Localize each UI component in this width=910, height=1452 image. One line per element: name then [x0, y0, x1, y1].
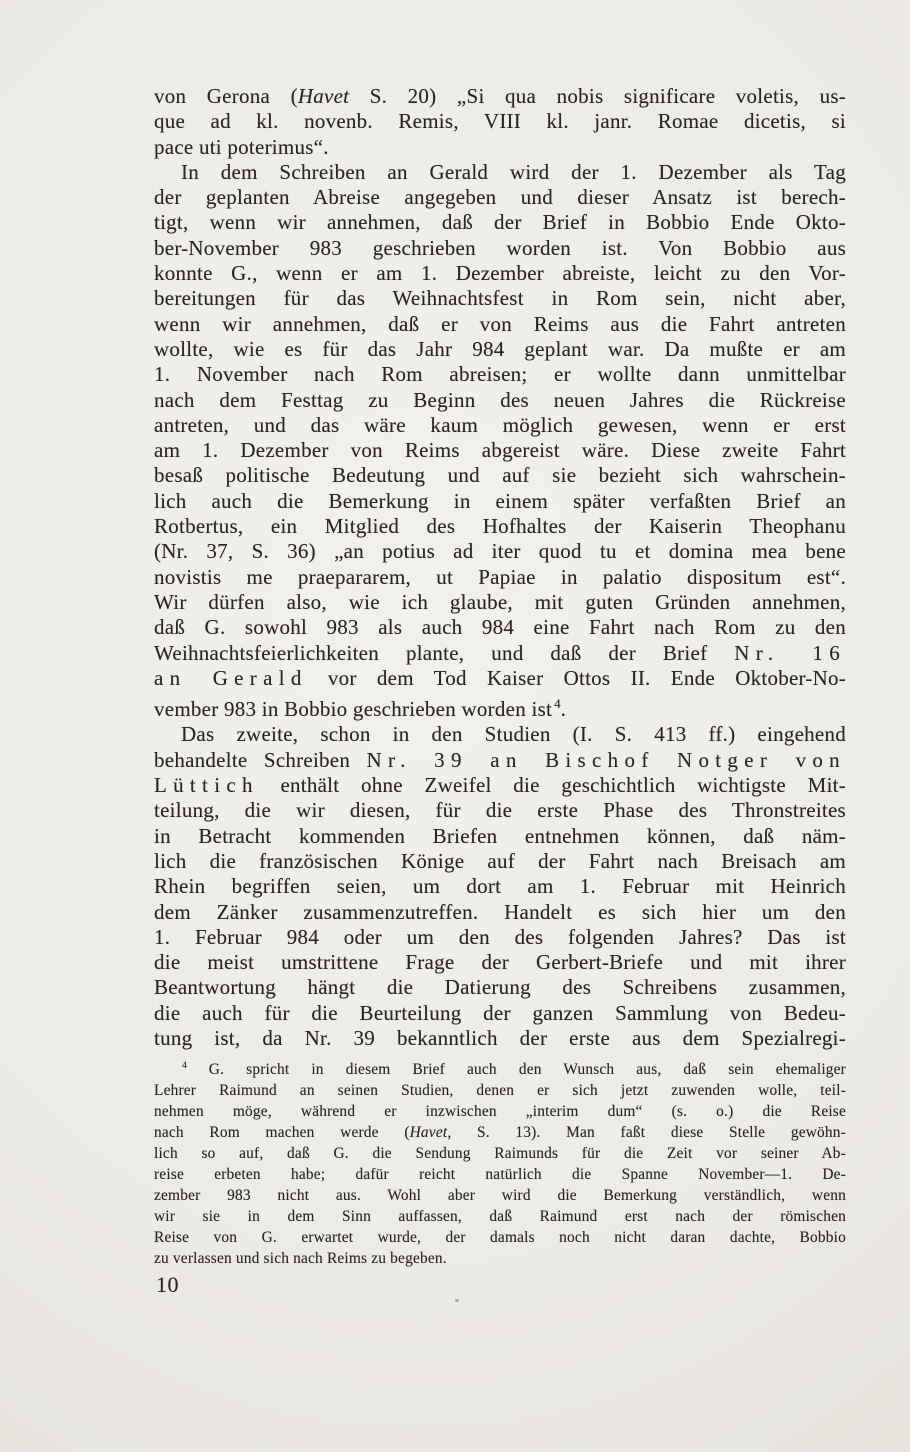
- text-segment: Rotbertus, ein Mitglied des Hofhaltes de…: [154, 514, 846, 538]
- text-segment: pace uti poterimus“.: [154, 135, 329, 159]
- text-segment: Das zweite, schon in den Studien (I. S. …: [181, 722, 846, 746]
- text-segment: die meist umstrittene Frage der Gerbert-…: [154, 950, 846, 974]
- book-page: von Gerona (Havet S. 20) „Si qua nobis s…: [0, 0, 910, 1452]
- text-segment: Wir dürfen also, wie ich glaube, mit gut…: [154, 590, 846, 614]
- text-line: teilung, die wir diesen, für die erste P…: [154, 798, 846, 823]
- text-line: Wir dürfen also, wie ich glaube, mit gut…: [154, 590, 846, 615]
- text-line: 1. Februar 984 oder um den des folgenden…: [154, 925, 846, 950]
- spaced-text: Lüttich: [154, 773, 259, 797]
- spaced-text: Nr. 39 an Bischof Notger von: [367, 748, 846, 772]
- text-segment: In dem Schreiben an Gerald wird der 1. D…: [181, 160, 846, 184]
- text-line: die meist umstrittene Frage der Gerbert-…: [154, 950, 846, 975]
- text-line: von Gerona (Havet S. 20) „Si qua nobis s…: [154, 84, 846, 109]
- text-segment: tung ist, da Nr. 39 bekanntlich der erst…: [154, 1026, 846, 1050]
- text-segment: dem Zänker zusammenzutreffen. Handelt es…: [154, 900, 846, 924]
- footnote: 4 G. spricht in diesem Brief auch den Wu…: [154, 1055, 846, 1269]
- text-segment: Rhein begriffen seien, um dort am 1. Feb…: [154, 874, 846, 898]
- italic-text: Havet: [298, 84, 349, 108]
- text-segment: Reise von G. erwartet wurde, der damals …: [154, 1229, 846, 1246]
- text-segment: lich auch die Bemerkung in einem später …: [154, 489, 846, 513]
- text-segment: nach dem Festtag zu Beginn des neuen Jah…: [154, 388, 846, 412]
- text-segment: 1. Februar 984 oder um den des folgenden…: [154, 925, 846, 949]
- spaced-text: an Gerald: [154, 666, 308, 690]
- text-line: pace uti poterimus“.: [154, 135, 846, 160]
- text-line: Rhein begriffen seien, um dort am 1. Feb…: [154, 874, 846, 899]
- text-segment: lich die französischen Könige auf der Fa…: [154, 849, 846, 873]
- italic-text: Havet: [410, 1124, 448, 1141]
- text-line: In dem Schreiben an Gerald wird der 1. D…: [154, 160, 846, 185]
- text-line: dem Zänker zusammenzutreffen. Handelt es…: [154, 900, 846, 925]
- text-line: lich die französischen Könige auf der Fa…: [154, 849, 846, 874]
- text-segment: wenn wir annehmen, daß er von Reims aus …: [154, 312, 846, 336]
- text-line: daß G. sowohl 983 als auch 984 eine Fahr…: [154, 615, 846, 640]
- text-line: antreten, und das wäre kaum möglich gewe…: [154, 413, 846, 438]
- text-segment: enthält ohne Zweifel die geschichtlich w…: [259, 773, 846, 797]
- text-segment: teilung, die wir diesen, für die erste P…: [154, 798, 846, 822]
- text-segment: reise erbeten habe; dafür reicht natürli…: [154, 1166, 846, 1183]
- text-segment: .: [561, 697, 567, 721]
- text-line: (Nr. 37, S. 36) „an potius ad iter quod …: [154, 539, 846, 564]
- text-segment: ber-November 983 geschrieben worden ist.…: [154, 236, 846, 260]
- text-line: Rotbertus, ein Mitglied des Hofhaltes de…: [154, 514, 846, 539]
- text-segment: der geplanten Abreise angegeben und dies…: [154, 185, 846, 209]
- text-segment: von Gerona (: [154, 84, 298, 108]
- text-line: Das zweite, schon in den Studien (I. S. …: [154, 722, 846, 747]
- text-line: zember 983 nicht aus. Wohl aber wird die…: [154, 1185, 846, 1206]
- text-line: nach Rom machen werde (Havet, S. 13). Ma…: [154, 1122, 846, 1143]
- text-line: lich auch die Bemerkung in einem später …: [154, 489, 846, 514]
- text-segment: (Nr. 37, S. 36) „an potius ad iter quod …: [154, 539, 846, 563]
- text-line: am 1. Dezember von Reims abgereist wäre.…: [154, 438, 846, 463]
- text-line: besaß politische Bedeutung und auf sie b…: [154, 463, 846, 488]
- text-line: que ad kl. novenb. Remis, VIII kl. janr.…: [154, 109, 846, 134]
- text-line: Lehrer Raimund an seinen Studien, denen …: [154, 1080, 846, 1101]
- text-line: Beantwortung hängt die Datierung des Sch…: [154, 975, 846, 1000]
- text-line: bereitungen für das Weihnachtsfest in Ro…: [154, 286, 846, 311]
- text-segment: wir sie in dem Sinn auffassen, daß Raimu…: [154, 1208, 846, 1225]
- text-segment: behandelte Schreiben: [154, 748, 367, 772]
- text-line: reise erbeten habe; dafür reicht natürli…: [154, 1164, 846, 1185]
- text-segment: vor dem Tod Kaiser Ottos II. Ende Oktobe…: [308, 666, 846, 690]
- text-line: vember 983 in Bobbio geschrieben worden …: [154, 691, 846, 722]
- text-segment: vember 983 in Bobbio geschrieben worden …: [154, 697, 552, 721]
- text-segment: nehmen möge, während er inzwischen „inte…: [154, 1103, 846, 1120]
- text-segment: besaß politische Bedeutung und auf sie b…: [154, 463, 846, 487]
- text-line: konnte G., wenn er am 1. Dezember abreis…: [154, 261, 846, 286]
- text-segment: lich so auf, daß G. die Sendung Raimunds…: [154, 1145, 846, 1162]
- text-line: behandelte Schreiben Nr. 39 an Bischof N…: [154, 748, 846, 773]
- text-line: Reise von G. erwartet wurde, der damals …: [154, 1227, 846, 1248]
- text-line: lich so auf, daß G. die Sendung Raimunds…: [154, 1143, 846, 1164]
- text-segment: G. spricht in diesem Brief auch den Wuns…: [187, 1061, 846, 1078]
- text-segment: Weihnachtsfeierlichkeiten plante, und da…: [154, 641, 734, 665]
- text-segment: zu verlassen und sich nach Reims zu bege…: [154, 1250, 447, 1267]
- text-line: wir sie in dem Sinn auffassen, daß Raimu…: [154, 1206, 846, 1227]
- text-line: in Betracht kommenden Briefen entnehmen …: [154, 824, 846, 849]
- text-segment: 1. November nach Rom abreisen; er wollte…: [154, 362, 846, 386]
- text-segment: antreten, und das wäre kaum möglich gewe…: [154, 413, 846, 437]
- text-segment: wollte, wie es für das Jahr 984 geplant …: [154, 337, 846, 361]
- text-line: die auch für die Beurteilung der ganzen …: [154, 1001, 846, 1026]
- text-line: 1. November nach Rom abreisen; er wollte…: [154, 362, 846, 387]
- text-segment: in Betracht kommenden Briefen entnehmen …: [154, 824, 846, 848]
- scan-speck: [455, 1299, 459, 1302]
- text-line: an Gerald vor dem Tod Kaiser Ottos II. E…: [154, 666, 846, 691]
- text-segment: nach Rom machen werde (: [154, 1124, 410, 1141]
- text-line: zu verlassen und sich nach Reims zu bege…: [154, 1248, 846, 1269]
- text-line: tigt, wenn wir annehmen, daß der Brief i…: [154, 210, 846, 235]
- text-segment: am 1. Dezember von Reims abgereist wäre.…: [154, 438, 846, 462]
- text-line: Weihnachtsfeierlichkeiten plante, und da…: [154, 641, 846, 666]
- text-line: wenn wir annehmen, daß er von Reims aus …: [154, 312, 846, 337]
- text-segment: Lehrer Raimund an seinen Studien, denen …: [154, 1082, 846, 1099]
- text-segment: , S. 13). Man faßt diese Stelle gewöhn-: [447, 1124, 846, 1141]
- text-line: der geplanten Abreise angegeben und dies…: [154, 185, 846, 210]
- text-segment: bereitungen für das Weihnachtsfest in Ro…: [154, 286, 846, 310]
- text-segment: tigt, wenn wir annehmen, daß der Brief i…: [154, 210, 846, 234]
- text-line: 4 G. spricht in diesem Brief auch den Wu…: [154, 1055, 846, 1080]
- text-segment: S. 20) „Si qua nobis significare voletis…: [349, 84, 846, 108]
- text-segment: Beantwortung hängt die Datierung des Sch…: [154, 975, 846, 999]
- text-line: wollte, wie es für das Jahr 984 geplant …: [154, 337, 846, 362]
- text-line: nach dem Festtag zu Beginn des neuen Jah…: [154, 388, 846, 413]
- spaced-text: Nr. 16: [734, 641, 846, 665]
- page-number: 10: [156, 1272, 179, 1298]
- text-segment: die auch für die Beurteilung der ganzen …: [154, 1001, 846, 1025]
- main-text: von Gerona (Havet S. 20) „Si qua nobis s…: [154, 84, 846, 1051]
- text-line: tung ist, da Nr. 39 bekanntlich der erst…: [154, 1026, 846, 1051]
- text-segment: daß G. sowohl 983 als auch 984 eine Fahr…: [154, 615, 846, 639]
- text-line: ber-November 983 geschrieben worden ist.…: [154, 236, 846, 261]
- text-segment: novistis me praepararem, ut Papiae in pa…: [154, 565, 846, 589]
- text-line: novistis me praepararem, ut Papiae in pa…: [154, 565, 846, 590]
- text-segment: que ad kl. novenb. Remis, VIII kl. janr.…: [154, 109, 846, 133]
- text-segment: konnte G., wenn er am 1. Dezember abreis…: [154, 261, 846, 285]
- text-segment: zember 983 nicht aus. Wohl aber wird die…: [154, 1187, 846, 1204]
- text-line: nehmen möge, während er inzwischen „inte…: [154, 1101, 846, 1122]
- text-line: Lüttich enthält ohne Zweifel die geschic…: [154, 773, 846, 798]
